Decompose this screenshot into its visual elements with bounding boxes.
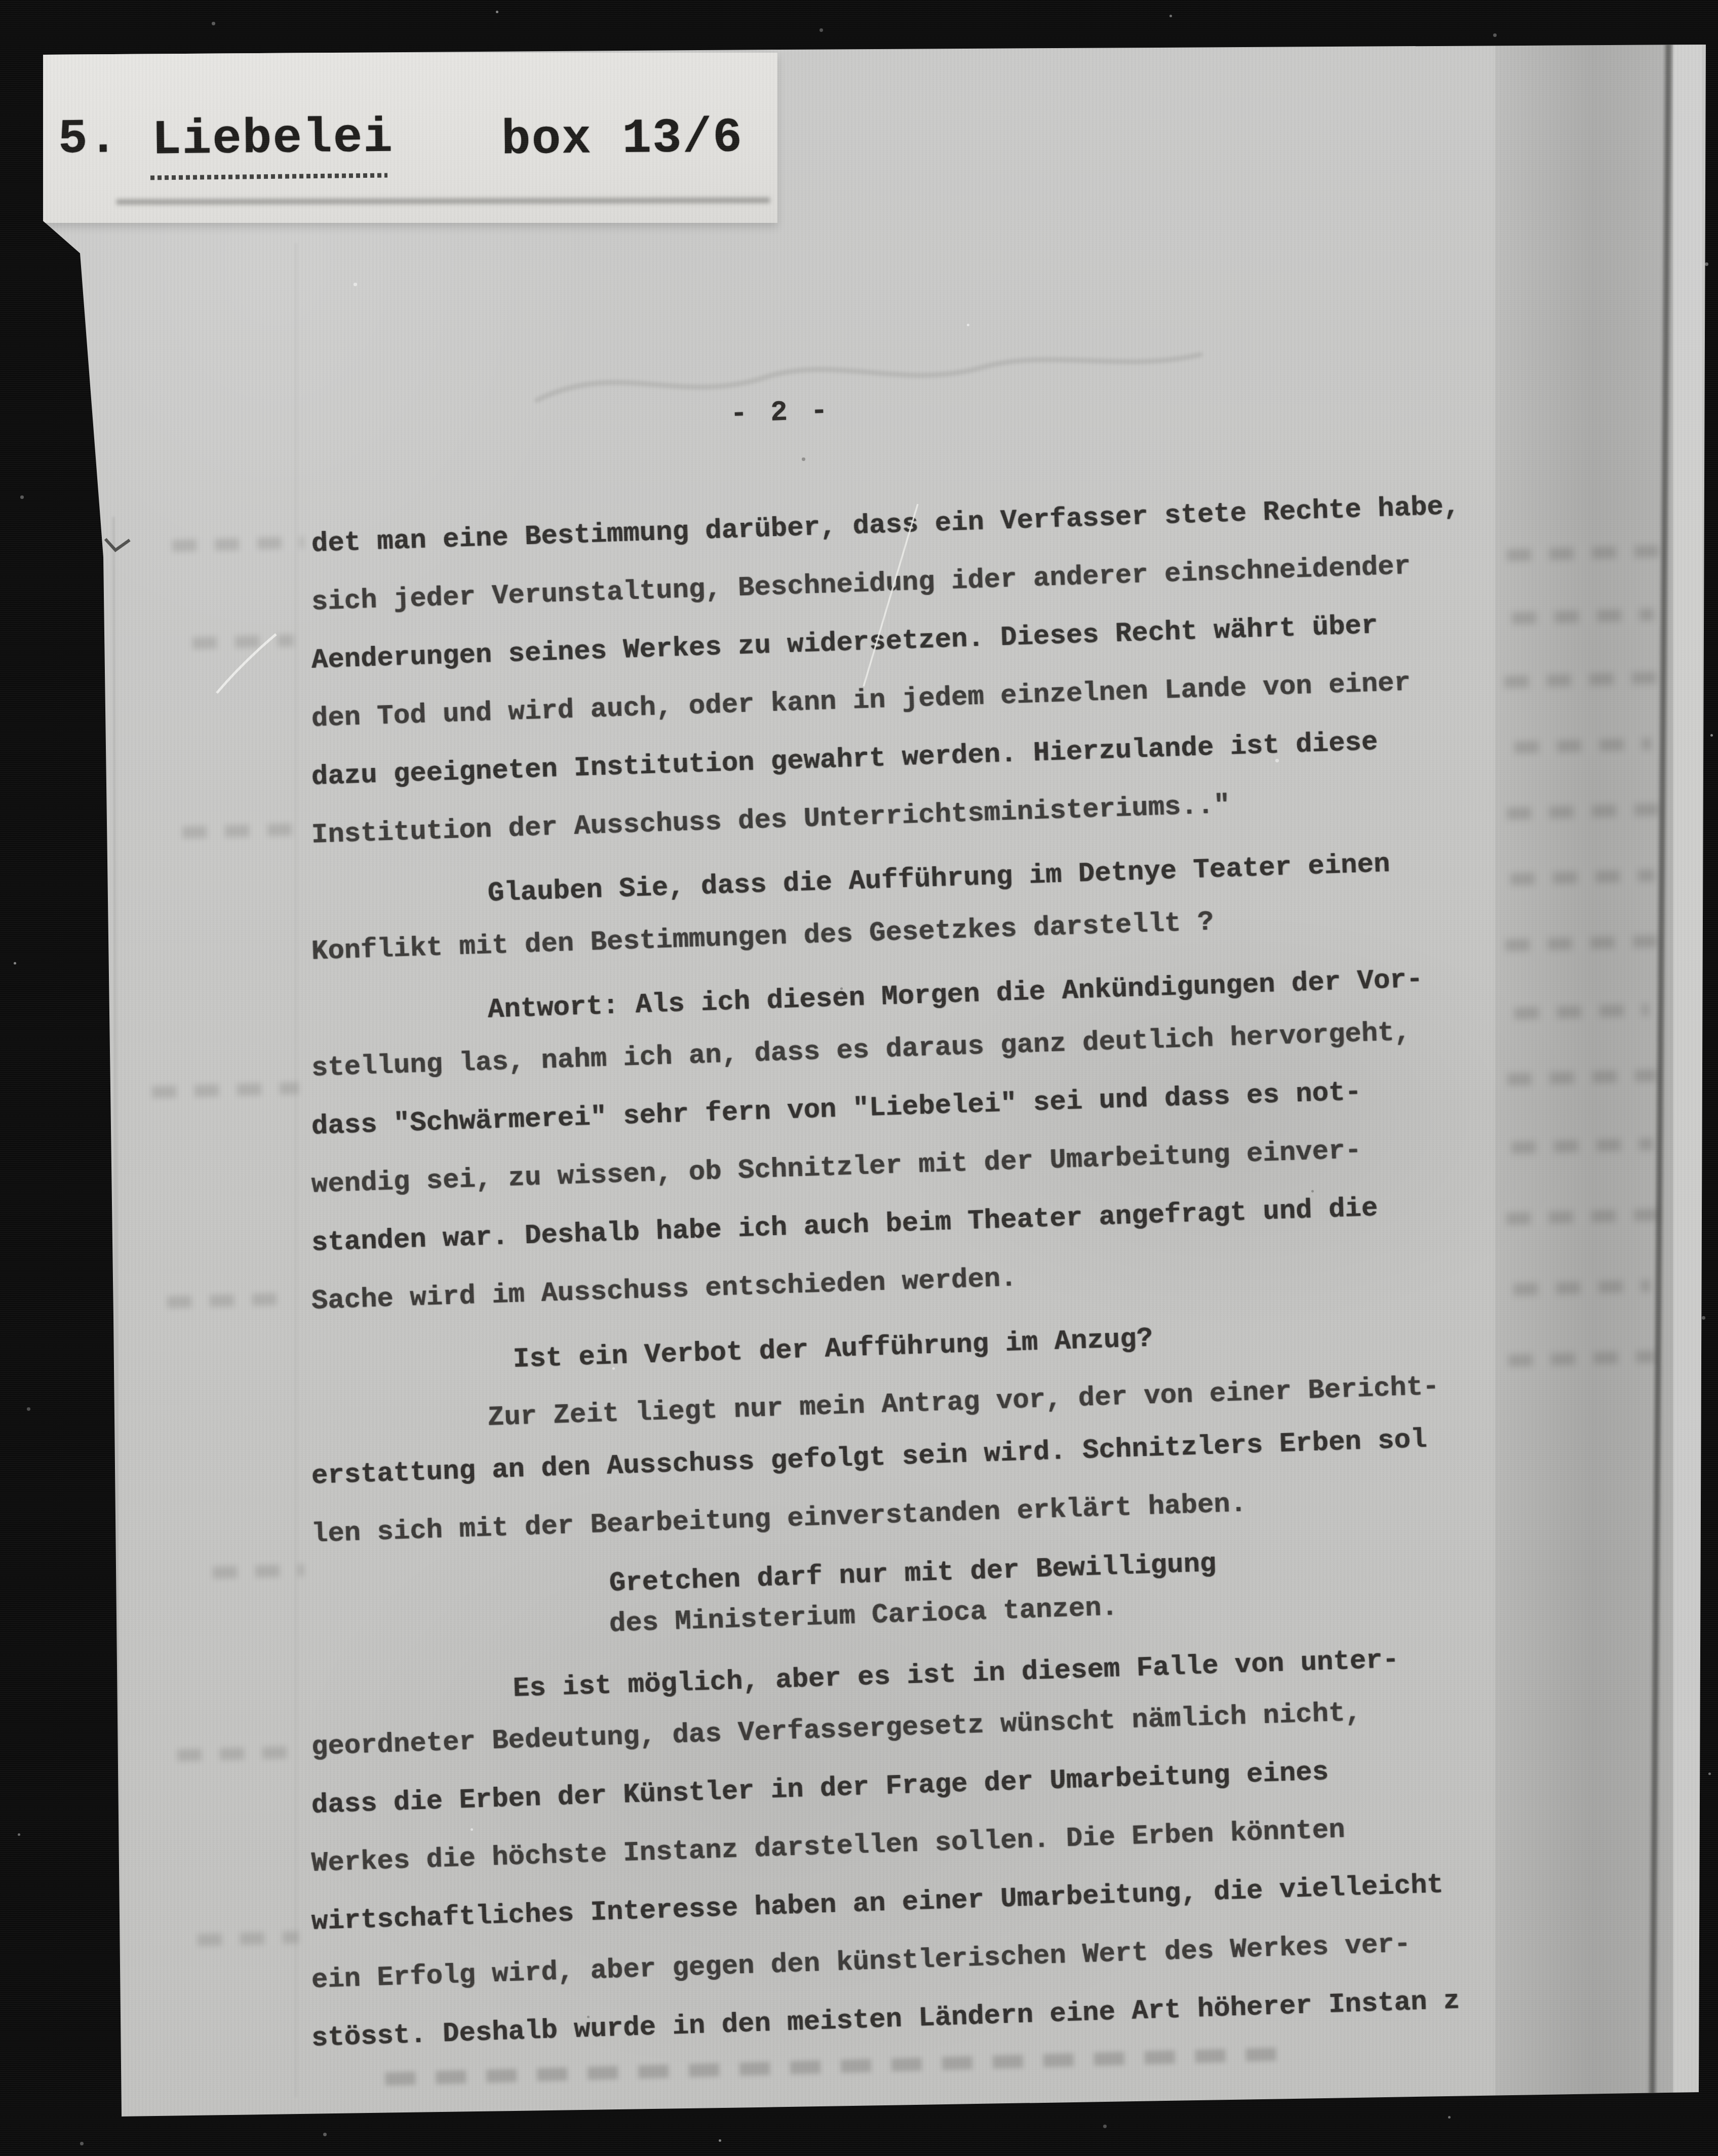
under-sheet-edge — [113, 517, 120, 2112]
document-page: 5. Liebelei box 13/6 - 2 - det man eine … — [0, 0, 1718, 2156]
bleed-through-ghost — [177, 1746, 294, 1761]
faint-handwriting-ghost — [527, 324, 1236, 436]
page-edge-light-strip — [1673, 43, 1702, 2100]
scanned-document: { "archive_label": { "index": "5.", "tit… — [0, 0, 1718, 2156]
bleed-through-ghost — [213, 1564, 304, 1578]
scanner-dust-specks — [0, 0, 2, 2]
bleed-through-ghost — [182, 823, 304, 839]
label-index: 5. — [58, 111, 119, 167]
bleed-through-ghost — [152, 1082, 299, 1098]
label-box-reference: box 13/6 — [501, 110, 743, 168]
bleed-through-ghost — [167, 1293, 294, 1308]
page-number: - 2 - — [730, 395, 831, 431]
bleed-through-ghost — [192, 634, 294, 649]
archive-label-slip: 5. Liebelei box 13/6 — [43, 53, 777, 223]
faint-fold-line — [295, 243, 297, 2097]
label-title: Liebelei — [151, 110, 394, 168]
label-title-dotted-underline — [150, 173, 387, 180]
bleed-through-ghost — [172, 536, 304, 552]
bleed-through-ghost — [198, 1931, 299, 1946]
typed-text: det man eine Bestimmung darüber, dass ei… — [311, 515, 1537, 2068]
